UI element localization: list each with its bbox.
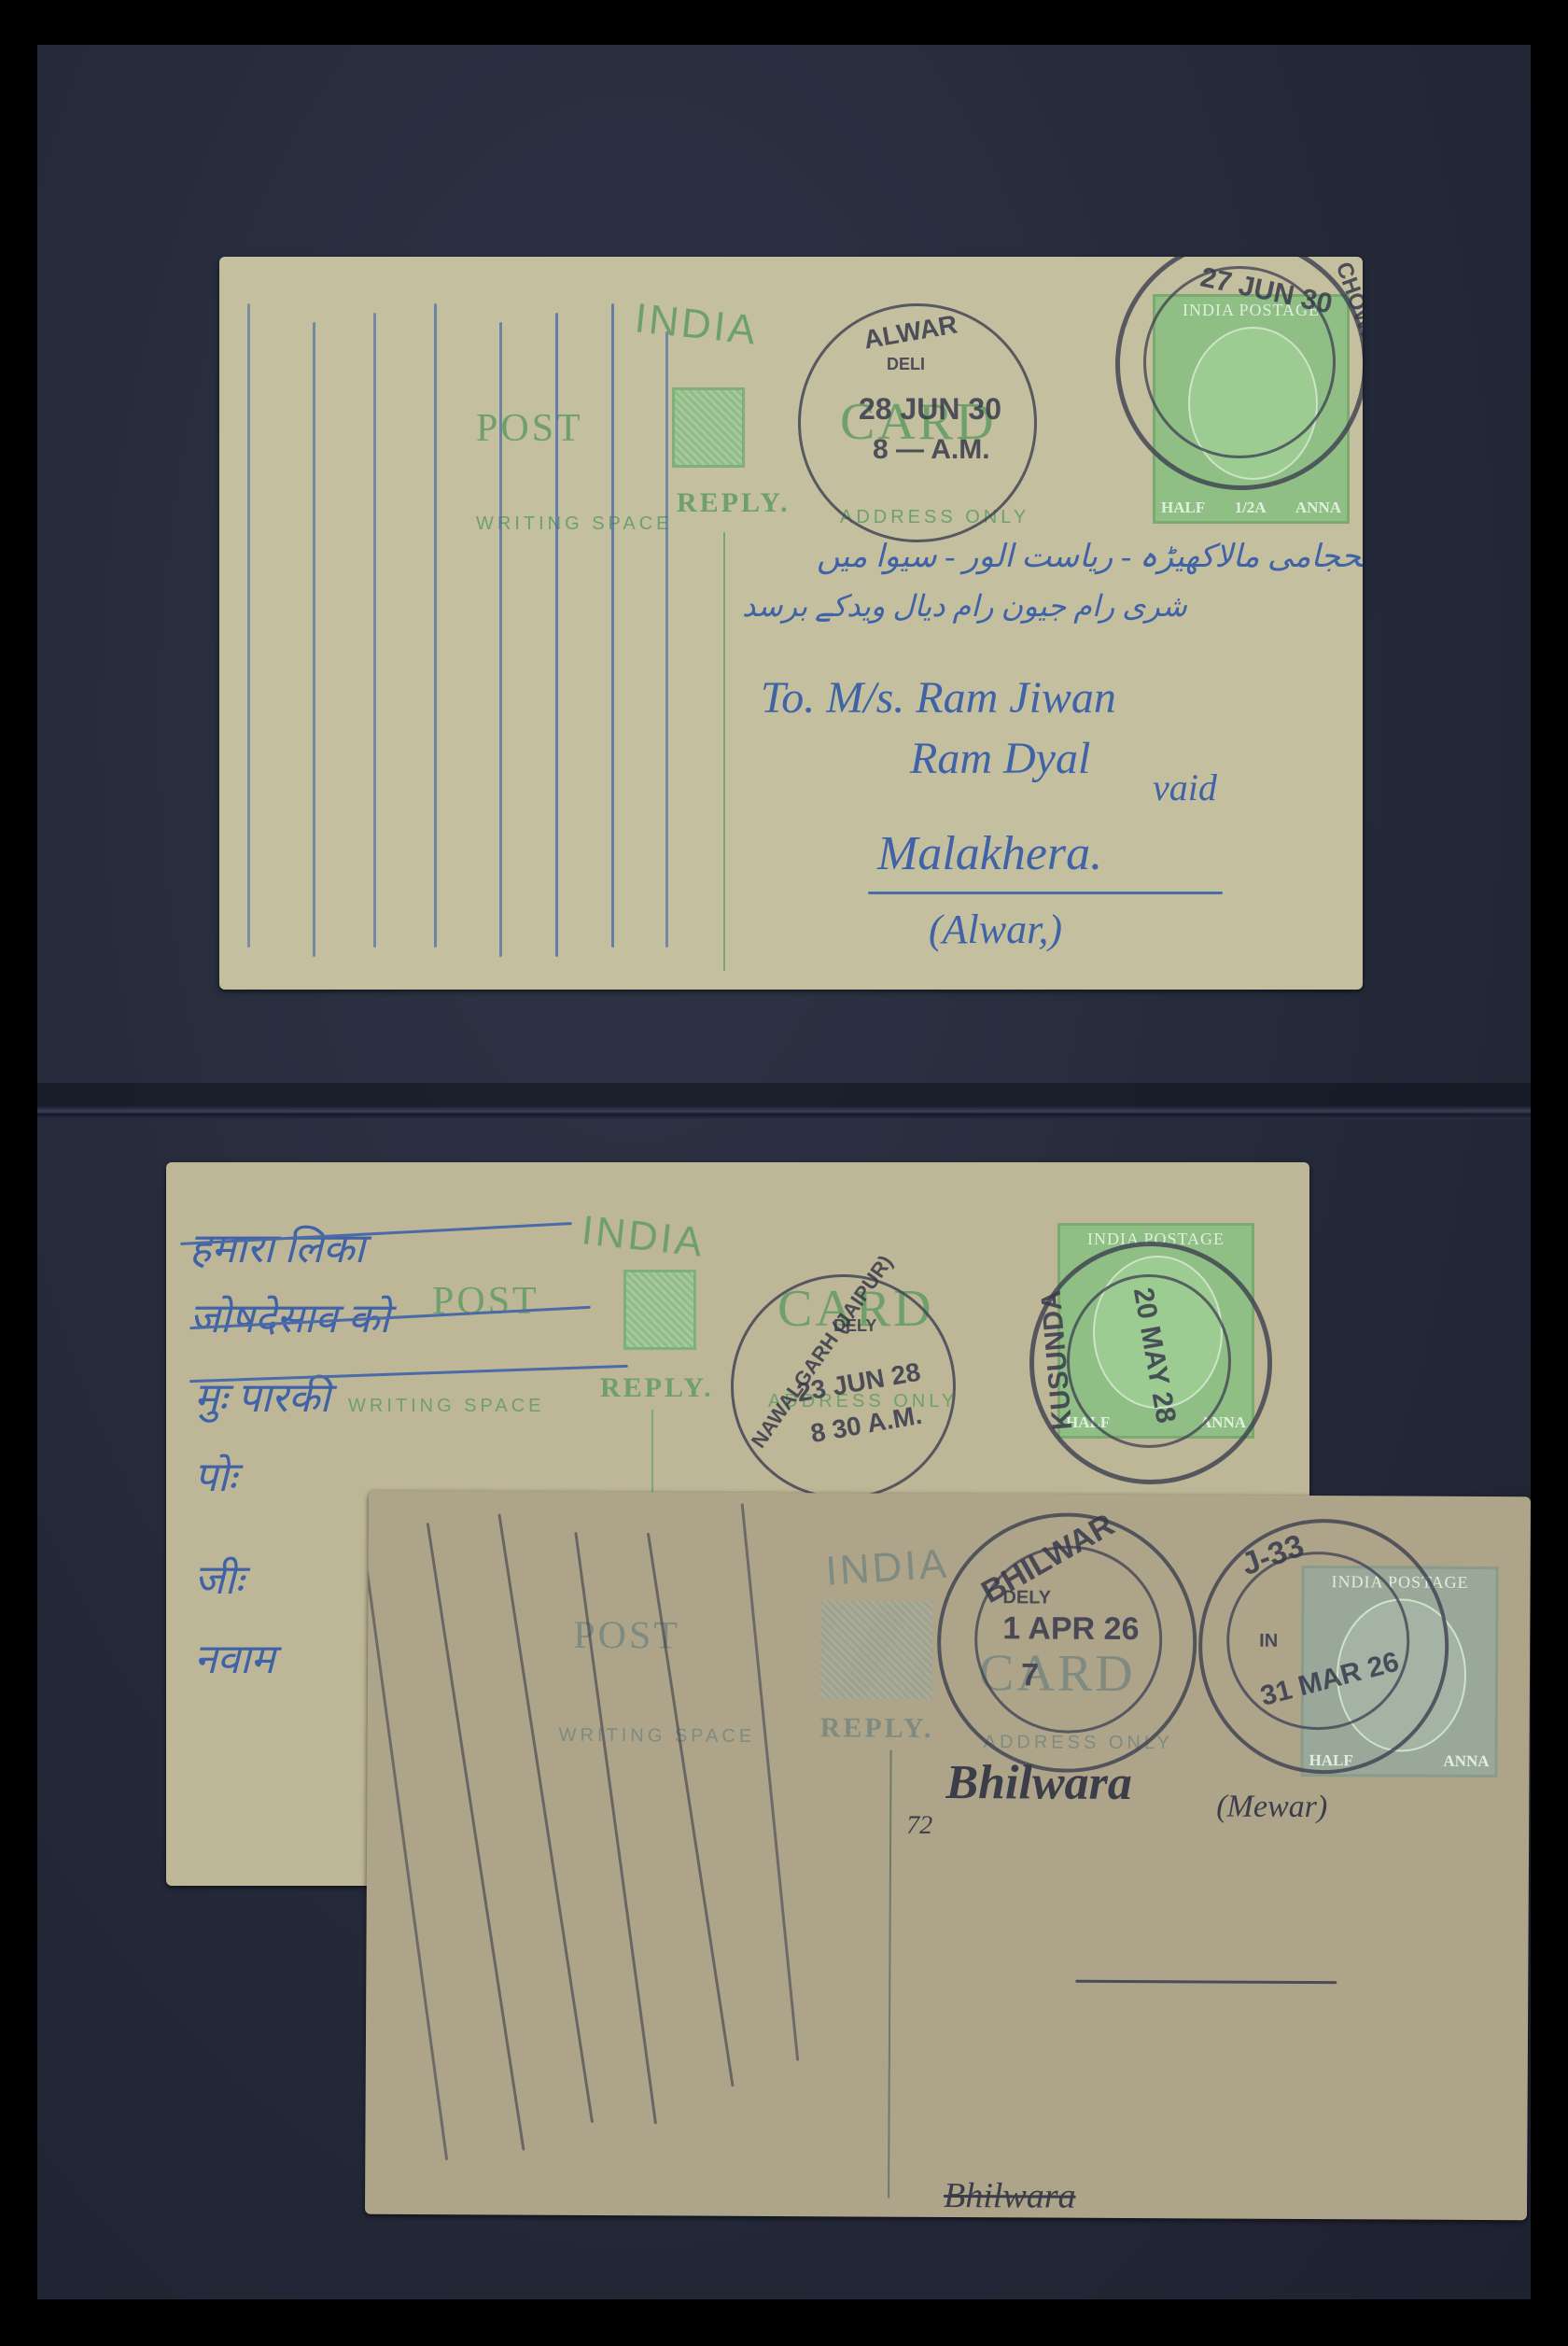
message-line [741, 1503, 800, 2060]
urdu-address-line1: تحجامی مالاکھیڑہ - ریاست الور - سیوا میں [817, 537, 1363, 575]
nawalgarh-postmark-line2: DELY [833, 1316, 876, 1336]
imprint-reply: REPLY. [677, 487, 791, 519]
royal-arms-icon [672, 387, 745, 468]
royal-arms-icon [820, 1600, 933, 1699]
address-underline [1075, 1980, 1337, 1984]
imprint-reply: REPLY. [820, 1712, 934, 1745]
imprint-post: POST [476, 406, 583, 451]
imprint-post: POST [432, 1279, 539, 1324]
stamp-anna: ANNA [1295, 499, 1341, 517]
stock-strip [37, 1106, 1531, 1119]
royal-arms-icon [623, 1270, 696, 1350]
message-line [247, 303, 250, 948]
address-underline [868, 892, 1223, 894]
address-line-2: Ram Dyal [910, 733, 1090, 784]
address-line-5: (Alwar,) [929, 906, 1062, 953]
stamp-value: 1/2A [1235, 499, 1267, 517]
card-divider-line [888, 1750, 892, 2198]
imprint-writing-space: WRITING SPACE [559, 1725, 756, 1748]
message-line [555, 313, 558, 957]
imprint-india: INDIA [824, 1540, 950, 1594]
address-struck-bhilwara: Bhilwara [944, 2175, 1076, 2217]
message-line [434, 303, 437, 948]
bhilwar-postmark-line2: DELY [1002, 1587, 1051, 1608]
postcard-top: INDIA POST CARD REPLY. WRITING SPACE ADD… [219, 257, 1363, 990]
address-line-1: To. M/s. Ram Jiwan [761, 672, 1116, 723]
imprint-writing-space: WRITING SPACE [476, 513, 673, 535]
address-line-2: जोषदेसाव को [189, 1288, 390, 1344]
stamp-anna: ANNA [1443, 1752, 1489, 1771]
message-line [373, 313, 376, 948]
address-line-6: नवाम [194, 1629, 275, 1685]
card-divider-line [723, 532, 725, 971]
message-line [427, 1523, 525, 2151]
j33-postmark-line2: IN [1259, 1631, 1278, 1652]
message-line [665, 331, 668, 948]
address-line-1: हमारा लिका [189, 1218, 365, 1274]
alwar-postmark-time: 8 — A.M. [873, 434, 990, 466]
address-line-4: पोः [194, 1447, 236, 1503]
bhilwar-postmark-time: 7 [1021, 1657, 1039, 1693]
urdu-address-line2: شری رام جیون رام دیال ویدکے برسد [742, 588, 1187, 624]
address-line-4: Malakhera. [877, 826, 1102, 881]
message-line [497, 1513, 594, 2123]
address-line-3: vaid [1153, 766, 1217, 809]
postcard-bottom: INDIA POST CARD REPLY. WRITING SPACE ADD… [365, 1491, 1531, 2221]
stamp-half: HALF [1161, 499, 1205, 517]
address-bhilwara: Bhilwara [945, 1755, 1132, 1811]
address-mewar: (Mewar) [1216, 1790, 1327, 1826]
message-line [611, 303, 614, 948]
message-line [647, 1533, 735, 2087]
imprint-reply: REPLY. [600, 1372, 714, 1404]
alwar-postmark-date: 28 JUN 30 [859, 392, 1001, 427]
imprint-india: INDIA [580, 1207, 707, 1267]
alwar-postmark-line2: DELI [887, 355, 925, 374]
message-line [313, 322, 315, 957]
imprint-india: INDIA [633, 295, 761, 355]
message-line [365, 1550, 448, 2160]
address-marking: 72 [906, 1811, 932, 1841]
message-line [499, 322, 502, 957]
bhilwar-postmark-date: 1 APR 26 [1002, 1610, 1139, 1648]
address-line-5: जीः [194, 1550, 244, 1606]
imprint-writing-space: WRITING SPACE [348, 1396, 545, 1417]
